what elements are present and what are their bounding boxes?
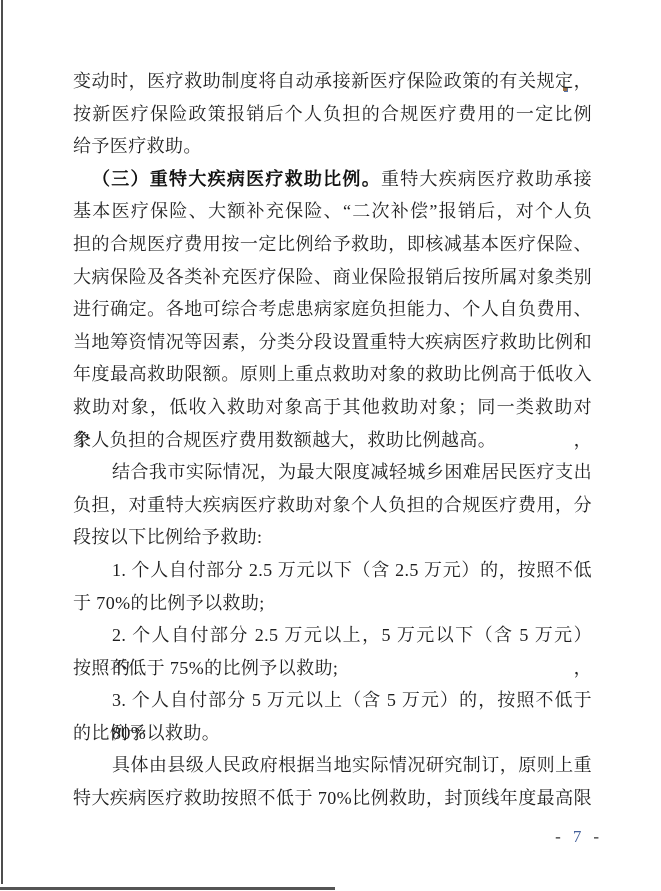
text-line: 担的合规医疗费用按一定比例给予救助，即核减基本医疗保险、 bbox=[73, 228, 592, 261]
text-line: 特大疾病医疗救助按照不低于 70%比例救助，封顶线年度最高限 bbox=[73, 782, 592, 815]
bold-heading-segment: （三）重特大疾病医疗救助比例。 bbox=[92, 169, 381, 189]
text-line: 具体由县级人民政府根据当地实际情况研究制订，原则上重 bbox=[73, 749, 592, 782]
document-body: 变动时，医疗救助制度将自动承接新医疗保险政策的有关规定，按新医疗保险政策报销后个… bbox=[73, 65, 592, 815]
text-line: 进行确定。各地可综合考虑患病家庭负担能力、个人自负费用、 bbox=[73, 293, 592, 326]
text-line: 结合我市实际情况，为最大限度减轻城乡困难居民医疗支出 bbox=[73, 456, 592, 489]
text-line: 1. 个人自付部分 2.5 万元以下（含 2.5 万元）的，按照不低 bbox=[73, 554, 592, 587]
scan-left-edge-line bbox=[1, 0, 3, 884]
text-line: 大病保险及各类补充医疗保险、商业保险报销后按所属对象类别 bbox=[73, 261, 592, 294]
text-line: 年度最高救助限额。原则上重点救助对象的救助比例高于低收入 bbox=[73, 358, 592, 391]
text-line: 于 70%的比例予以救助; bbox=[73, 587, 592, 620]
page-footer: -7- bbox=[553, 826, 601, 848]
text-line: （三）重特大疾病医疗救助比例。重特大疾病医疗救助承接 bbox=[73, 163, 592, 196]
text-line: 的比例予以救助。 bbox=[73, 717, 592, 750]
footer-dash-left: - bbox=[553, 827, 563, 846]
text-line: 3. 个人自付部分 5 万元以上（含 5 万元）的，按照不低于 80% bbox=[73, 684, 592, 717]
text-line: 负担，对重特大疾病医疗救助对象个人负担的合规医疗费用，分 bbox=[73, 489, 592, 522]
scan-bottom-edge-line bbox=[0, 887, 335, 890]
text-line: 基本医疗保险、大额补充保险、“二次补偿”报销后，对个人负 bbox=[73, 195, 592, 228]
scanned-document-page: 变动时，医疗救助制度将自动承接新医疗保险政策的有关规定，按新医疗保险政策报销后个… bbox=[0, 0, 661, 891]
text-line: 救助对象，低收入救助对象高于其他救助对象；同一类救助对象， bbox=[73, 391, 592, 424]
text-line: 给予医疗救助。 bbox=[73, 130, 592, 163]
text-line: 段按以下比例给予救助: bbox=[73, 521, 592, 554]
text-line: 按新医疗保险政策报销后个人负担的合规医疗费用的一定比例 bbox=[73, 98, 592, 131]
text-line: 变动时，医疗救助制度将自动承接新医疗保险政策的有关规定， bbox=[73, 65, 592, 98]
text-line: 当地筹资情况等因素，分类分段设置重特大疾病医疗救助比例和 bbox=[73, 326, 592, 359]
text-line: 2. 个人自付部分 2.5 万元以上，5 万元以下（含 5 万元）的， bbox=[73, 619, 592, 652]
footer-dash-right: - bbox=[591, 827, 601, 846]
page-number: 7 bbox=[563, 827, 592, 846]
